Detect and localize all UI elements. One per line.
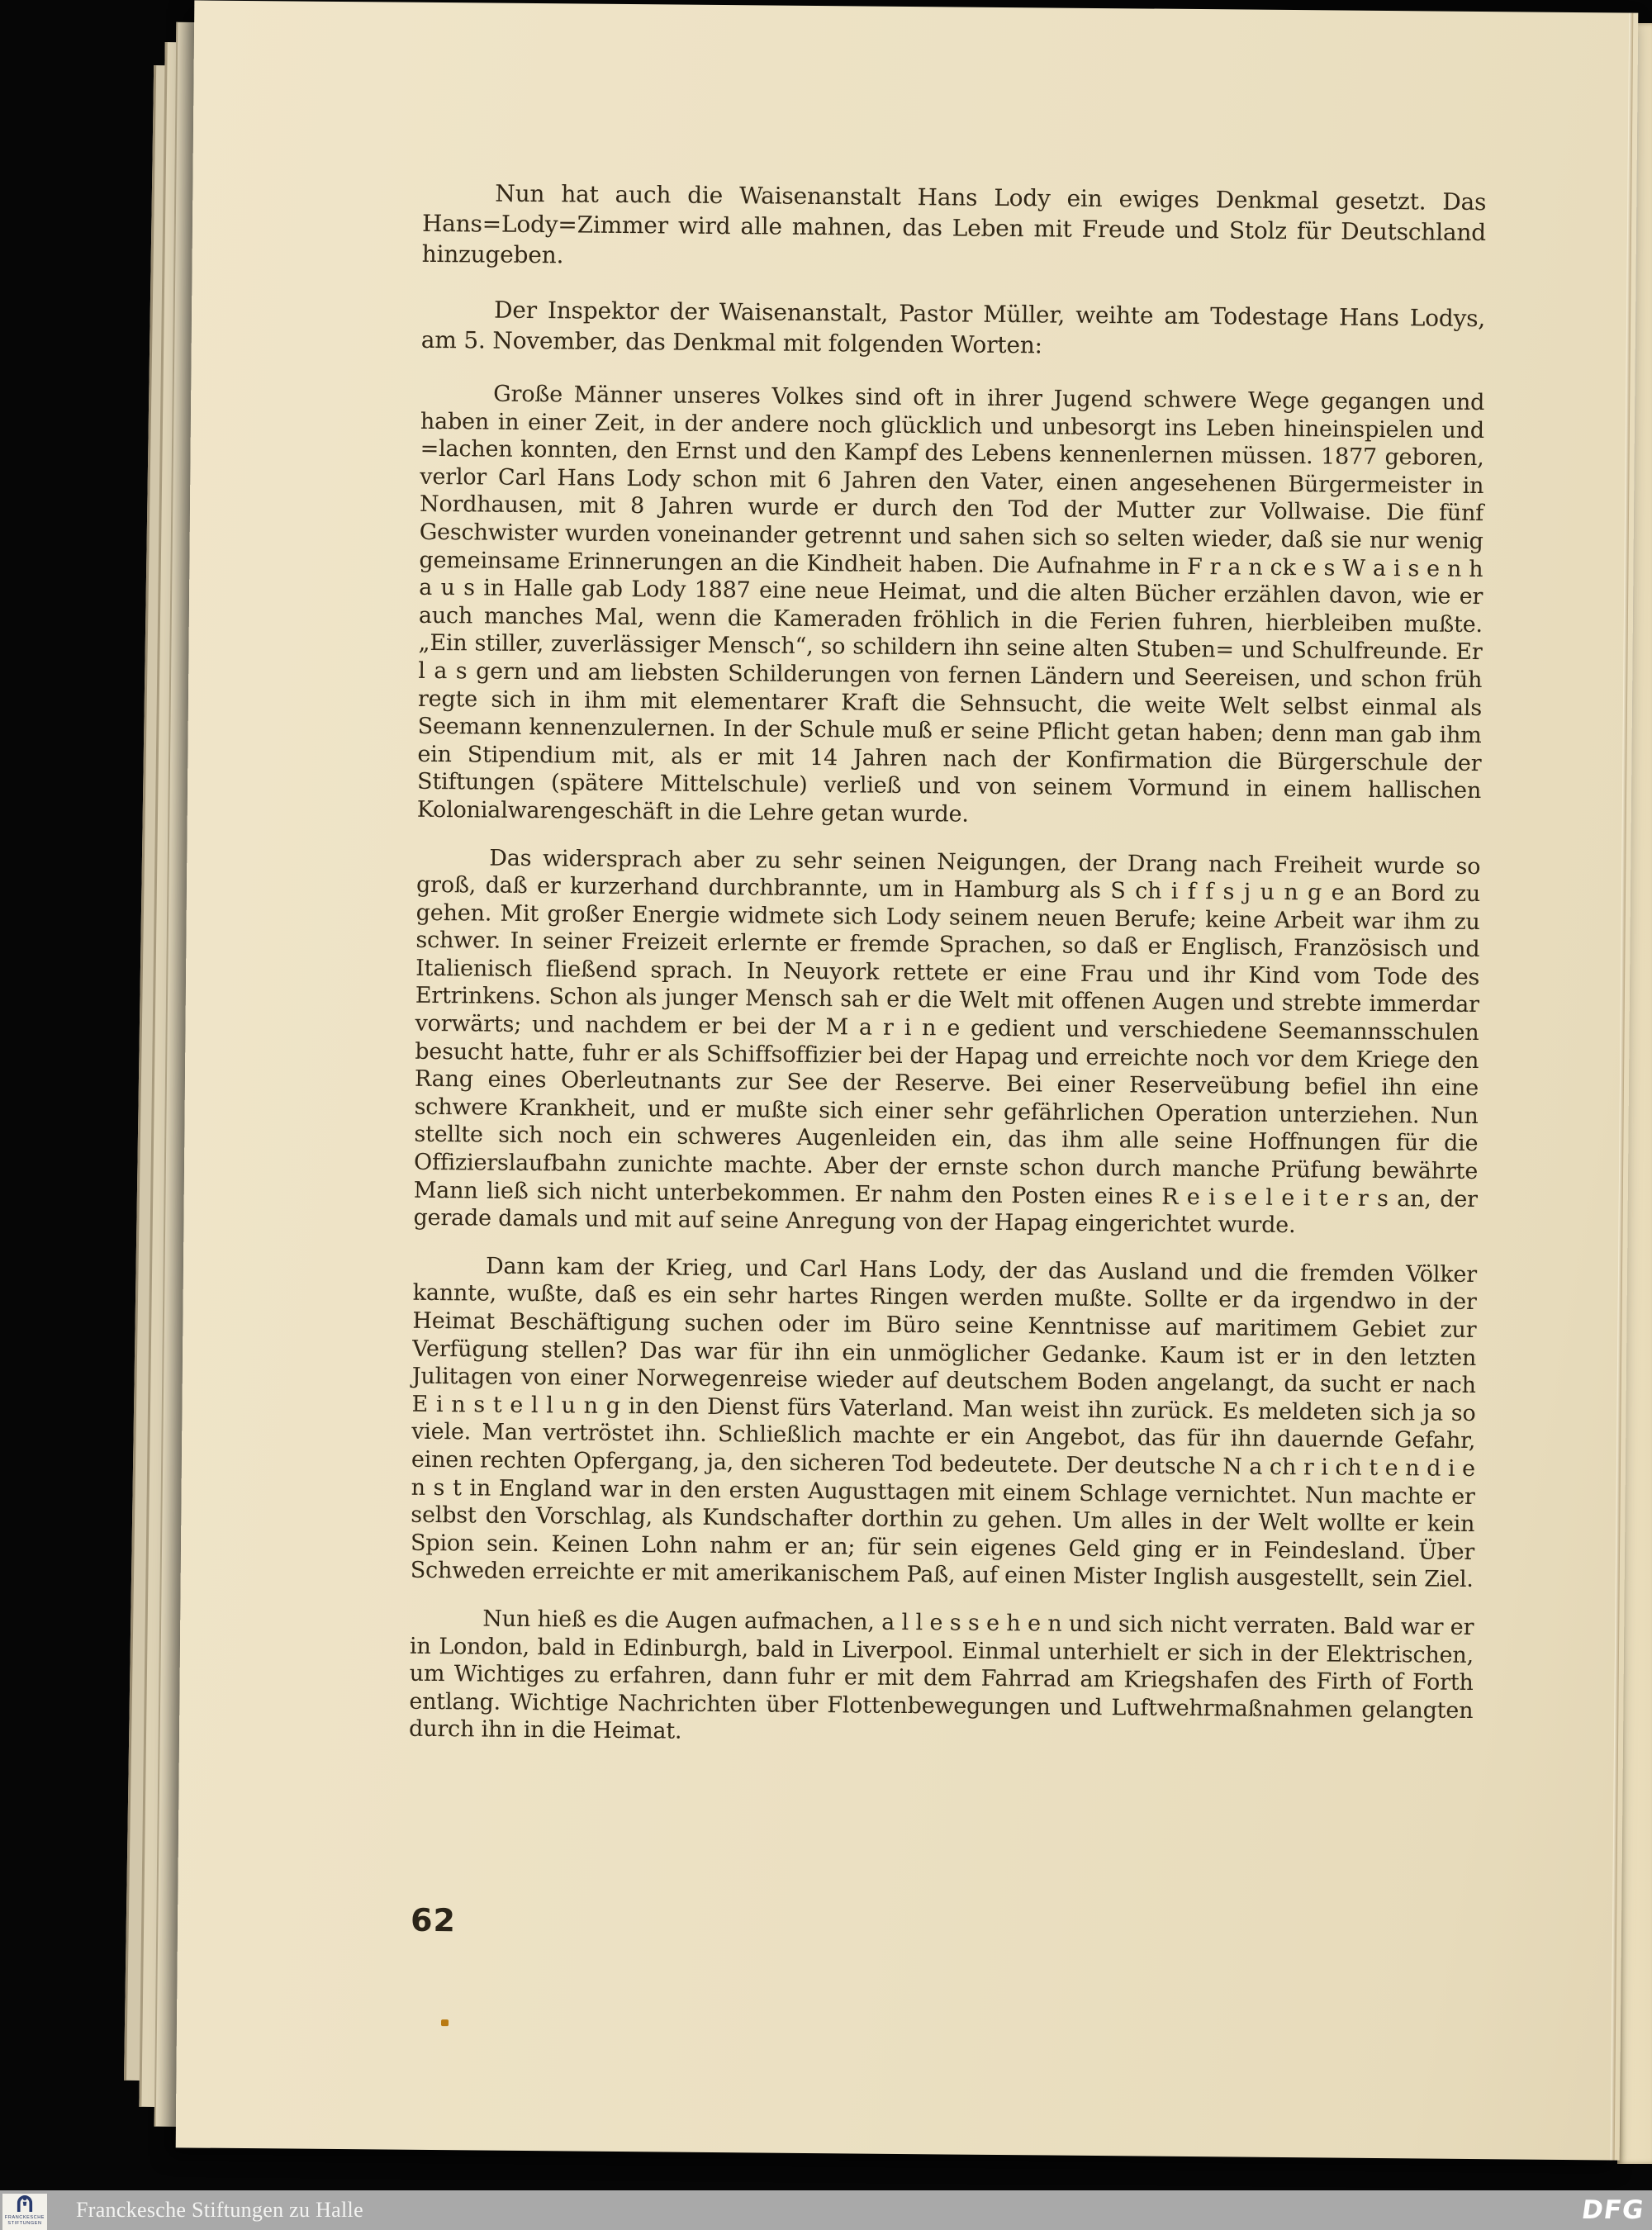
paragraph-inspector: Der Inspektor der Waisenanstalt, Pastor … (421, 294, 1486, 364)
franckesche-emblem-icon (15, 2195, 35, 2215)
paragraph-speech-youth: Große Männer unseres Volkes sind oft in … (417, 380, 1485, 833)
viewer-footer-bar: FRANCKESCHE STIFTUNGEN Franckesche Stift… (0, 2190, 1652, 2230)
scanned-book-photo: Nun hat auch die Waisenanstalt Hans Lody… (0, 0, 1652, 2230)
paragraph-memorial: Nun hat auch die Waisenanstalt Hans Lody… (422, 178, 1487, 278)
paper-stain (441, 2019, 449, 2026)
page-text-block: Nun hat auch die Waisenanstalt Hans Lody… (176, 0, 1639, 2160)
paragraph-speech-war: Dann kam der Krieg, und Carl Hans Lody, … (411, 1252, 1477, 1594)
page-number: 62 (411, 1902, 456, 1938)
paragraph-speech-sea: Das widersprach aber zu sehr seinen Neig… (413, 843, 1480, 1241)
paragraph-speech-spy: Nun hieß es die Augen aufmachen, a l l e… (409, 1605, 1474, 1753)
book-page: Nun hat auch die Waisenanstalt Hans Lody… (176, 0, 1639, 2160)
dfg-logo: DFG (1579, 2195, 1645, 2225)
franckesche-logo: FRANCKESCHE STIFTUNGEN (2, 2194, 47, 2230)
institution-label: Franckesche Stiftungen zu Halle (76, 2198, 363, 2223)
franckesche-logo-text-line2: STIFTUNGEN (7, 2221, 41, 2227)
